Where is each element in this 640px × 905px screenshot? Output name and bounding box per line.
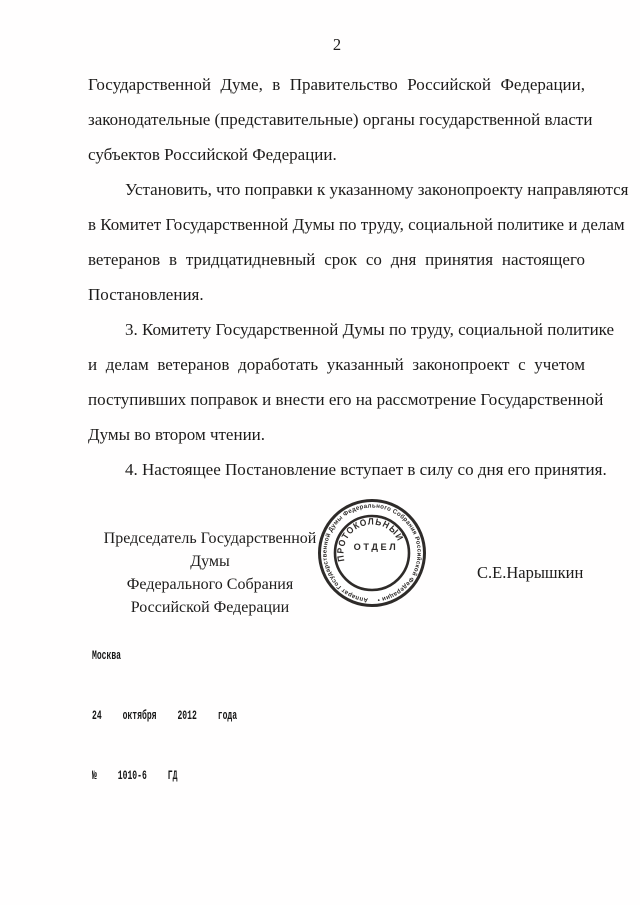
signature-position-line: Федерального Собрания [88, 573, 332, 596]
document-line: законодательные (представительные) орган… [88, 102, 585, 137]
document-line: Постановления. [88, 277, 585, 312]
footer-city: Москва [92, 646, 237, 666]
document-line: и делам ветеранов доработать указанный з… [88, 347, 585, 382]
document-line: Думы во втором чтении. [88, 417, 585, 452]
footer-number: № 1010-6 ГД [92, 766, 237, 786]
document-body: Государственной Думе, в Правительство Ро… [88, 67, 585, 487]
signature-position-line: Председатель Государственной Думы [88, 527, 332, 573]
page-number: 2 [322, 35, 352, 55]
signature-name: С.Е.Нарышкин [477, 563, 583, 583]
document-line: субъектов Российской Федерации. [88, 137, 585, 172]
footer-date: 24 октября 2012 года [92, 706, 237, 726]
document-line: Установить, что поправки к указанному за… [88, 172, 585, 207]
document-line: ветеранов в тридцатидневный срок со дня … [88, 242, 585, 277]
document-line: 3. Комитету Государственной Думы по труд… [88, 312, 585, 347]
document-line: Государственной Думе, в Правительство Ро… [88, 67, 585, 102]
document-page: 2 Государственной Думе, в Правительство … [0, 0, 640, 905]
document-line: поступивших поправок и внести его на рас… [88, 382, 585, 417]
document-line: в Комитет Государственной Думы по труду,… [88, 207, 585, 242]
footer-block: Москва 24 октября 2012 года № 1010-6 ГД [92, 606, 237, 826]
stamp-center-text: ОТДЕЛ [354, 542, 399, 552]
protocol-department-stamp-icon: Аппарат Государственной Думы Федеральног… [312, 493, 432, 613]
document-line: 4. Настоящее Постановление вступает в си… [88, 452, 585, 487]
